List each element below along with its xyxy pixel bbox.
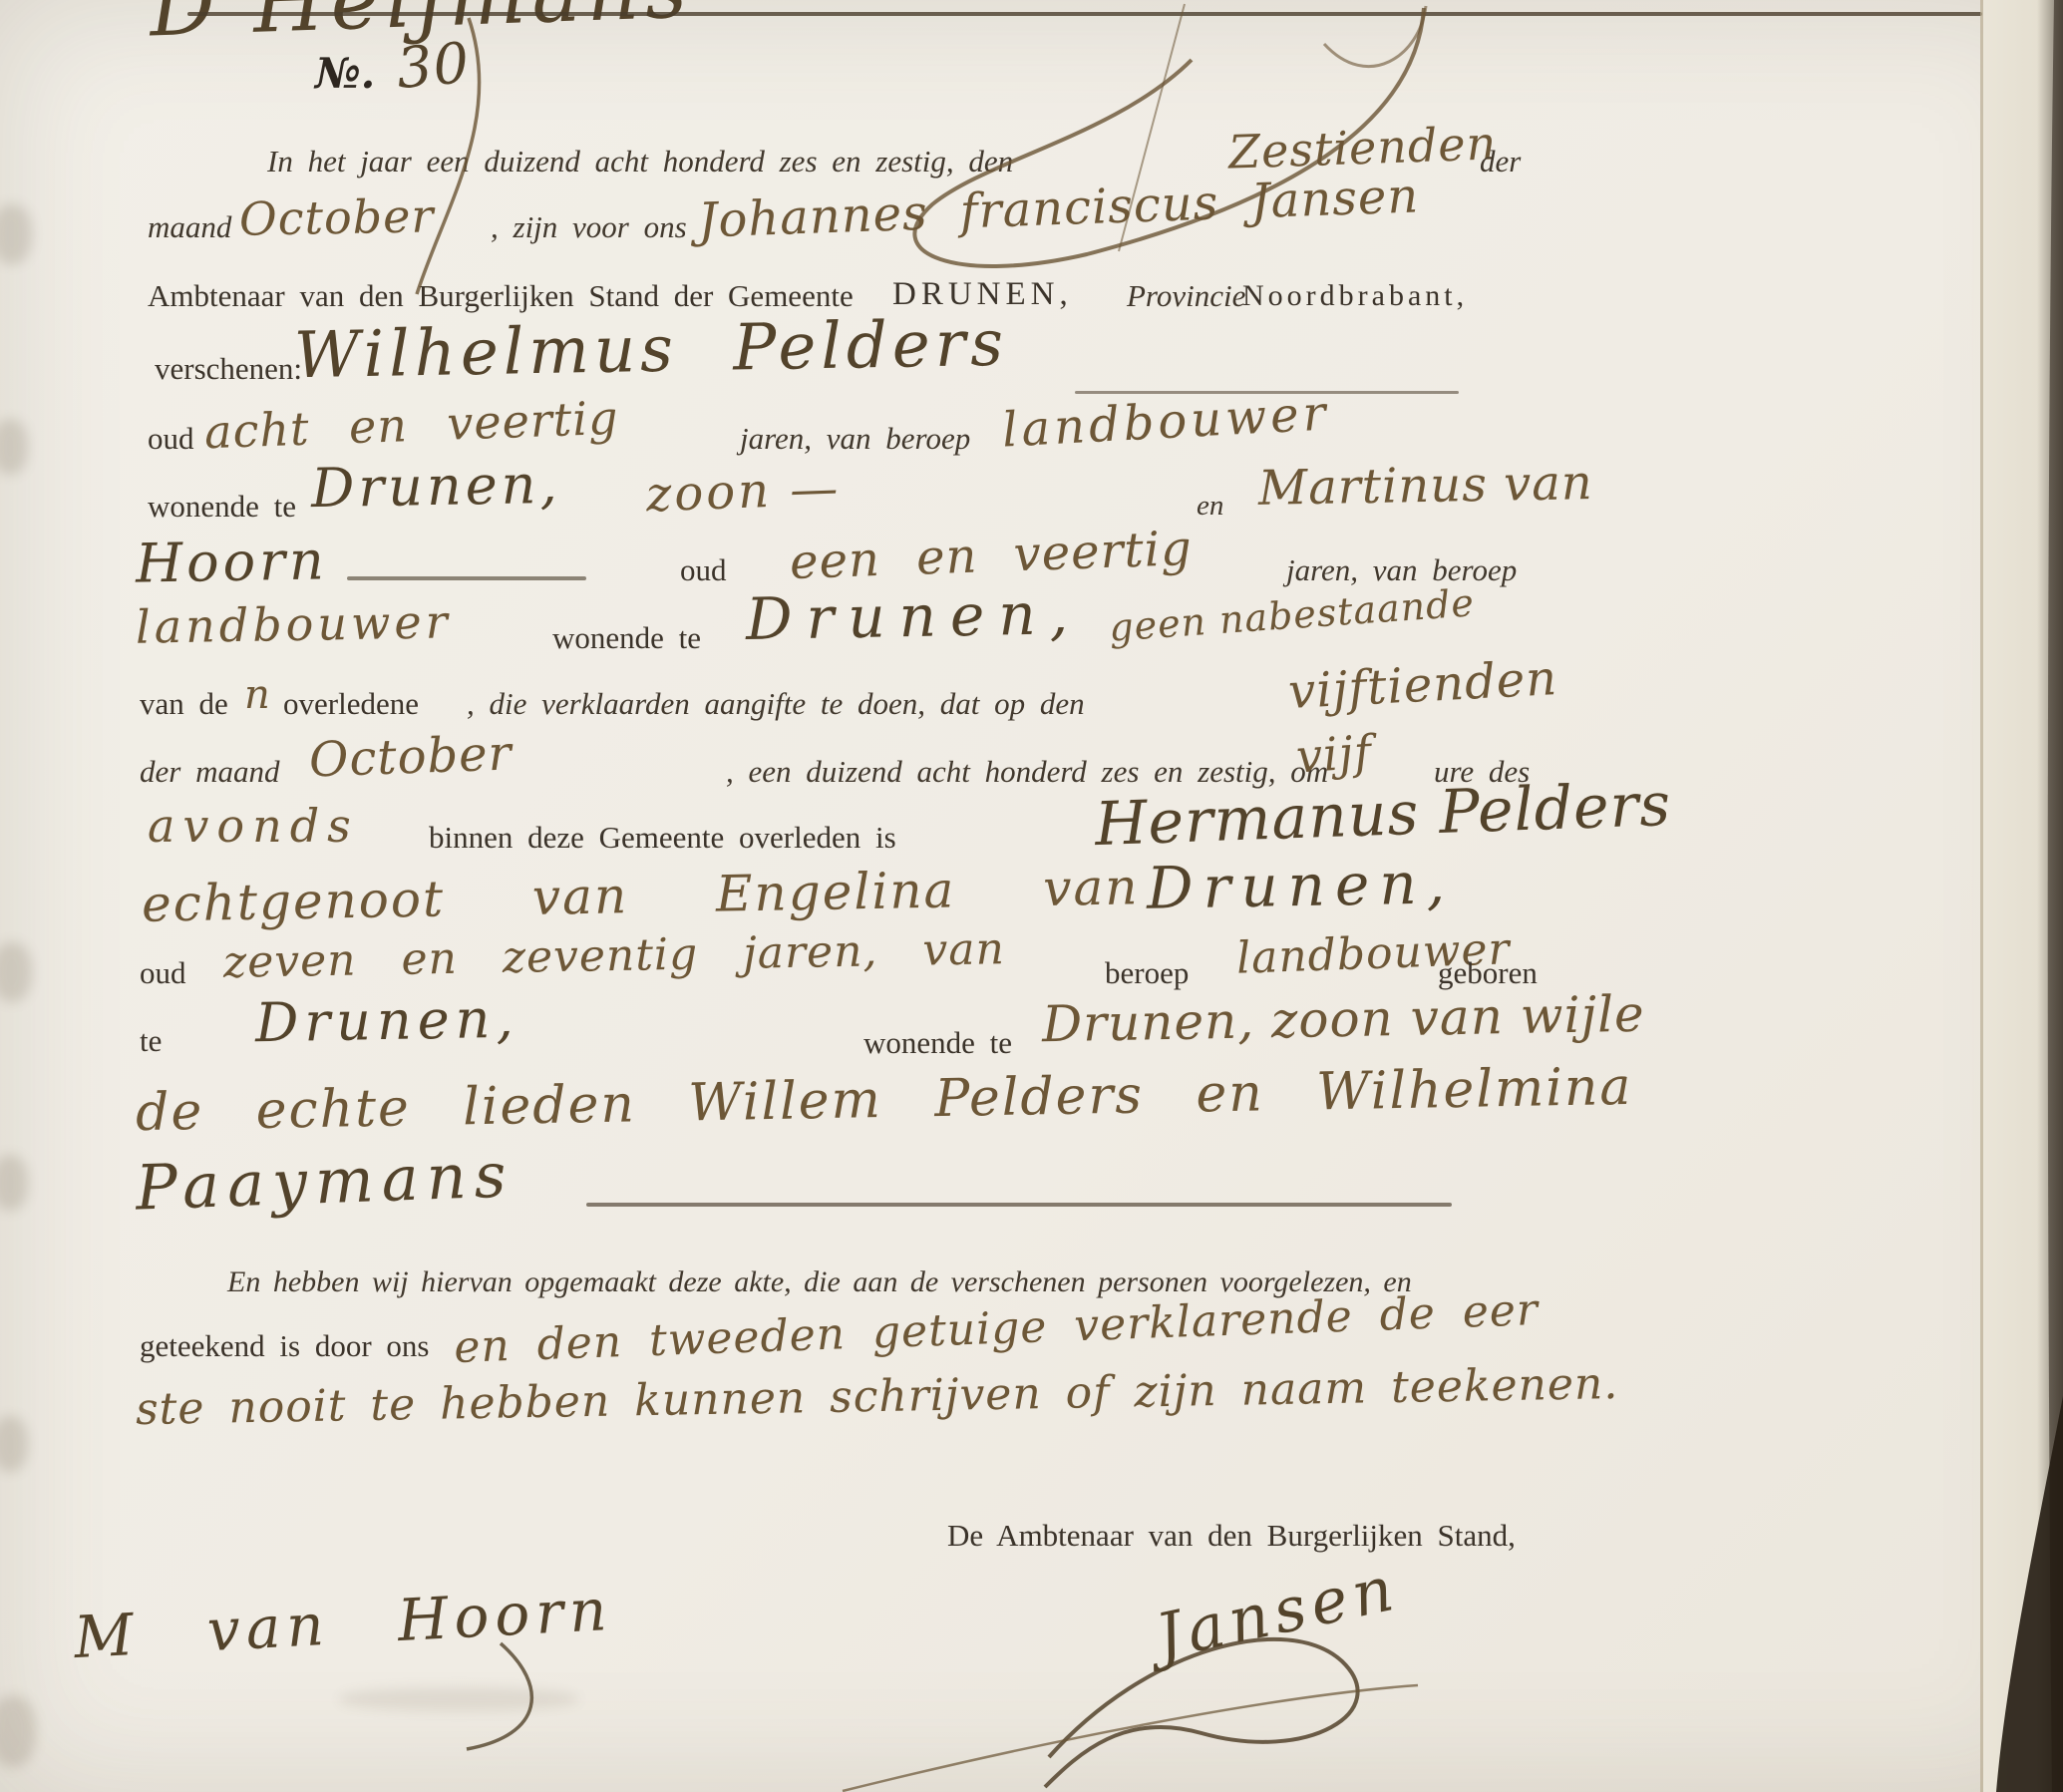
printed-oud: oud: [148, 423, 194, 456]
printed-year-clause: In het jaar een duizend acht honderd zes…: [267, 146, 1013, 179]
printed-year-clause-2: , een duizend acht honderd zes en zestig…: [726, 756, 1328, 789]
printed-overledene: overledene: [283, 688, 419, 721]
officiant-signature: Jansen: [1151, 1555, 1404, 1669]
filler-rule: [586, 1203, 1452, 1207]
declarant1-name: Wilhelmus Pelders: [293, 311, 1008, 391]
printed-closing-clause: En hebben wij hiervan opgemaakt deze akt…: [227, 1266, 1412, 1298]
page-edge-shadow: [2037, 0, 2063, 1792]
printed-van-de: van de: [140, 688, 228, 721]
inserted-letter-n: n: [244, 674, 271, 716]
entry-time-of-day: avonds: [148, 802, 359, 850]
printed-jaren-beroep-2: jaren, van beroep: [1286, 554, 1517, 587]
declarant2-age: een en veertig: [789, 524, 1193, 587]
entry-death-hour: vijf: [1294, 727, 1373, 780]
printed-maand: maand: [148, 211, 231, 244]
printed-en: en: [1197, 491, 1223, 521]
declarant2-occupation: landbouwer: [136, 597, 452, 651]
witness-signature: M van Hoorn: [73, 1580, 614, 1668]
printed-provincie: Provincie: [1127, 280, 1245, 313]
printed-geteekend: geteekend is door ons: [140, 1330, 429, 1363]
printed-registrar-title: Ambtenaar van den Burgerlijken Stand der…: [148, 280, 854, 313]
printed-wonende-te-3: wonende te: [863, 1027, 1012, 1060]
printed-verschenen: verschenen:: [155, 353, 302, 386]
declarant1-relation: zoon —: [645, 464, 842, 521]
bleed-through-mark: [0, 942, 32, 1002]
printed-jaren-beroep: jaren, van beroep: [740, 423, 970, 456]
printed-wonende-te-2: wonende te: [552, 622, 701, 655]
printed-zijn-voor-ons: , zijn voor ons: [491, 211, 687, 244]
filler-rule: [347, 576, 586, 580]
entry-registration-day: Zestienden: [1227, 119, 1498, 177]
printed-wonende-te: wonende te: [148, 491, 296, 524]
deceased-birthplace: Drunen,: [255, 991, 520, 1052]
entry-death-month: October: [308, 728, 513, 785]
entry-registrar-name: Johannes franciscus Jansen: [697, 171, 1420, 246]
declarant1-age: acht en veertig: [203, 394, 619, 457]
bleed-through-mark: [0, 1695, 36, 1767]
bleed-through-mark: [0, 204, 32, 264]
entry-death-day: vijftienden: [1287, 653, 1558, 717]
bleed-through-mark: [0, 419, 28, 475]
bleed-through-mark: [0, 1416, 28, 1472]
declarant2-name-part2: Hoorn: [136, 533, 329, 592]
province-name: Noordbrabant,: [1242, 280, 1468, 312]
declarant2-name-part1: Martinus van: [1258, 458, 1594, 514]
entry-registration-month: October: [239, 191, 435, 243]
officiant-title: De Ambtenaar van den Burgerlijken Stand,: [947, 1520, 1516, 1553]
deceased-age: zeven en zeventig jaren, van: [223, 926, 1006, 986]
spouse-surname-drunen: Drunen,: [1146, 853, 1455, 918]
declarant2-residence: Drunen,: [745, 583, 1082, 650]
death-record-page: D Heijmans №. 30 In het jaar een duizend…: [0, 0, 2063, 1792]
printed-declaration-clause: , die verklaarden aangifte te doen, dat …: [467, 688, 1085, 721]
act-number: 30: [395, 35, 473, 100]
entry-mother-surname: Paaymans: [135, 1142, 515, 1220]
printed-oud-2: oud: [680, 554, 727, 587]
printed-te: te: [140, 1025, 162, 1058]
printed-beroep: beroep: [1105, 957, 1189, 990]
entry-signing-note-2: ste nooit te hebben kunnen schrijven of …: [136, 1361, 1619, 1433]
printed-der-maand: der maand: [140, 756, 279, 789]
entry-spouse-clause: echtgenoot van Engelina van: [142, 861, 1140, 930]
bleed-through-mark: [339, 1687, 578, 1711]
deceased-residence: Drunen, zoon van wijle: [1042, 988, 1645, 1051]
act-number-label: №.: [315, 52, 375, 96]
deceased-name: Hermanus Pelders: [1094, 774, 1672, 857]
declarant1-residence: Drunen,: [311, 457, 562, 518]
printed-geboren: geboren: [1438, 957, 1538, 990]
entry-signing-note: en den tweeden getuige verklarende de ee…: [454, 1287, 1540, 1371]
bleed-through-mark: [0, 1155, 28, 1211]
printed-der: der: [1480, 146, 1521, 179]
entry-parents-names: de echte lieden Willem Pelders en Wilhel…: [136, 1060, 1633, 1141]
printed-oud-3: oud: [140, 957, 186, 990]
top-rule: [187, 12, 1982, 16]
declarant1-occupation: landbouwer: [1001, 388, 1331, 456]
printed-overleden-is: binnen deze Gemeente overleden is: [429, 822, 896, 855]
entry-relation-note: geen nabestaande: [1108, 583, 1476, 648]
